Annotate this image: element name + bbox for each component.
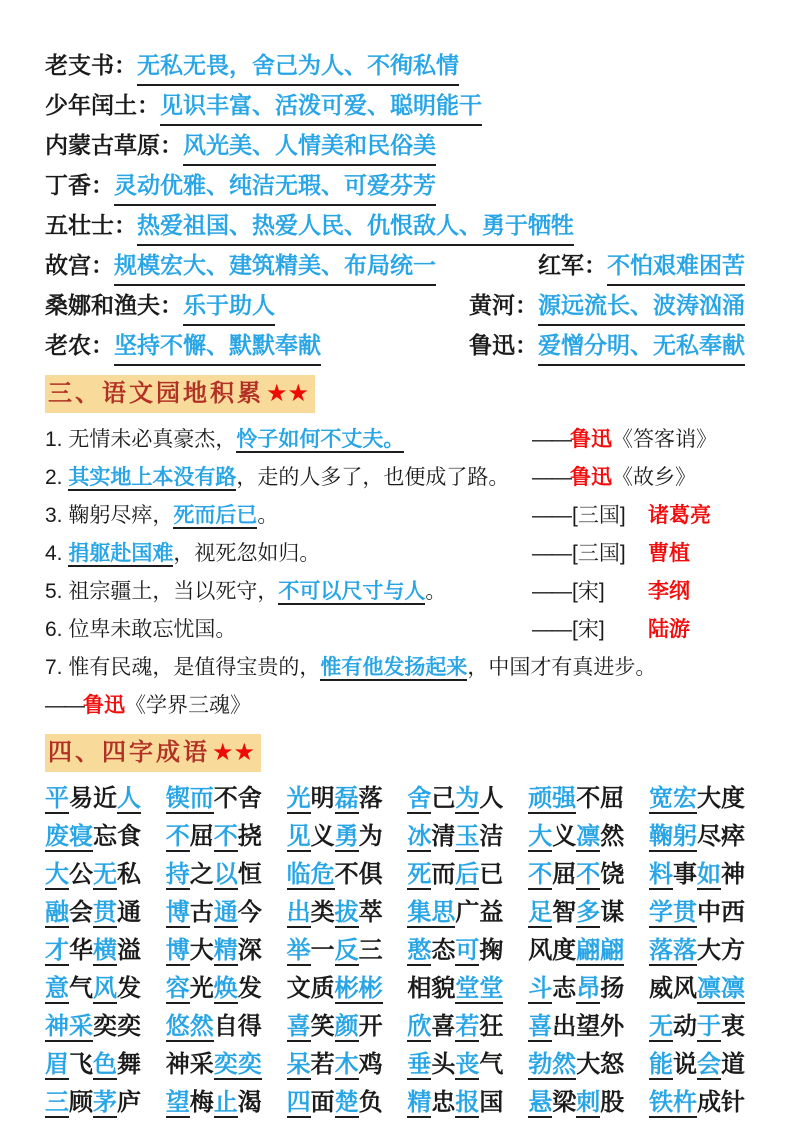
star-icons: ★★: [212, 739, 255, 766]
idiom-char: 国: [479, 1089, 503, 1116]
idiom-char: 自得: [214, 1013, 262, 1040]
idiom-char: 为: [359, 823, 383, 850]
idiom-key-char: 磊: [335, 785, 359, 814]
section4-heading: 四、四字成语★★: [45, 734, 261, 772]
idiom: 集思广益: [407, 894, 503, 932]
quote-attribution-footer: ——鲁迅《学界三魂》: [45, 687, 745, 725]
idiom-char: 然: [600, 823, 624, 850]
idiom-key-char: 锲而: [166, 785, 214, 814]
idiom-key-char: 大: [45, 861, 69, 890]
quote-number: 1.: [45, 428, 68, 451]
idiom-key-char: 通: [214, 899, 238, 928]
idiom: 大义凛然: [528, 818, 624, 856]
quote-highlight: 其实地上本没有路: [68, 466, 236, 491]
quote-number: 2.: [45, 466, 68, 489]
idiom-key-char: 凛: [576, 823, 600, 852]
quote-row: 1. 无情未必真豪杰，怜子如何不丈夫。——鲁迅《答客诮》: [45, 421, 745, 459]
idiom-key-char: 鞠躬: [649, 823, 697, 852]
idiom-key-char: 昂: [576, 975, 600, 1004]
idiom-key-char: 会: [697, 1051, 721, 1080]
idiom-key-char: 无: [93, 861, 117, 890]
idiom-char: 谋: [600, 899, 624, 926]
idiom-key-char: 顽强: [528, 785, 576, 814]
quote-row: 7. 惟有民魂，是值得宝贵的，惟有他发扬起来，中国才有真进步。: [45, 649, 745, 687]
idiom: 喜出望外: [528, 1008, 624, 1046]
idiom-key-char: 不: [214, 823, 238, 852]
trait-value: 乐于助人: [183, 286, 275, 326]
idiom-row: 废寝忘食不屈不挠见义勇为冰清玉洁大义凛然鞠躬尽瘁: [45, 818, 745, 856]
quote-text: 祖宗疆土，当以死守，: [68, 580, 278, 603]
trait-row: 老农：坚持不懈、默默奉献鲁迅：爱憎分明、无私奉献: [45, 326, 745, 366]
idiom-key-char: 拔: [335, 899, 359, 928]
trait-entry: 红军：不怕艰难困苦: [538, 246, 745, 286]
trait-value: 坚持不懈、默默奉献: [114, 326, 321, 366]
idiom-char: 易近: [69, 785, 117, 812]
author-name: 陆游: [648, 618, 690, 641]
idiom-char: 洁: [479, 823, 503, 850]
idiom-char: 已: [479, 861, 503, 888]
idiom-char: 一: [311, 937, 335, 964]
trait-entry: 少年闰土：见识丰富、活泼可爱、聪明能干: [45, 86, 482, 126]
idiom-char: 尽瘁: [697, 823, 745, 850]
author-name: 曹植: [648, 542, 690, 565]
idiom-row: 平易近人锲而不舍光明磊落舍己为人顽强不屈宽宏大度: [45, 780, 745, 818]
idiom: 平易近人: [45, 780, 141, 818]
idiom-key-char: 精: [407, 1089, 431, 1118]
idiom-key-char: 茅: [93, 1089, 117, 1118]
idiom-key-char: 色: [93, 1051, 117, 1080]
idiom-key-char: 报: [455, 1089, 479, 1118]
idiom-key-char: 楚: [335, 1089, 359, 1118]
trait-row: 少年闰土：见识丰富、活泼可爱、聪明能干: [45, 86, 745, 126]
quote-text: 鞠躬尽瘁，: [68, 504, 173, 527]
idiom: 见义勇为: [287, 818, 383, 856]
quote-text: ，视死忽如归。: [173, 542, 320, 565]
idiom-char: 成针: [697, 1089, 745, 1116]
idiom-char: 华: [69, 937, 93, 964]
quote-text: ，走的人多了，也便成了路。: [236, 466, 509, 489]
attribution-dash: ——: [532, 504, 570, 527]
idiom-char: 头: [431, 1051, 455, 1078]
quote-attribution: ——鲁迅《故乡》: [532, 459, 696, 497]
idiom-char: 庐: [117, 1089, 141, 1116]
idiom: 悬梁刺股: [528, 1084, 624, 1122]
idiom-char: 奕奕: [93, 1013, 141, 1040]
idiom-key-char: 为: [455, 785, 479, 814]
attribution-dash: ——: [532, 618, 570, 641]
idiom-key-char: 憨: [407, 937, 431, 966]
idiom-char: 饶: [600, 861, 624, 888]
idiom-key-char: 博: [166, 937, 190, 966]
idiom-char: 清: [431, 823, 455, 850]
idiom-key-char: 眉: [45, 1051, 69, 1080]
character-traits-section: 老支书：无私无畏，舍己为人、不徇私情少年闰土：见识丰富、活泼可爱、聪明能干内蒙古…: [45, 46, 745, 366]
quote-row: 4. 捐躯赴国难，视死忽如归。——[三国]曹植: [45, 535, 745, 573]
idiom-char: 渴: [238, 1089, 262, 1116]
trait-label: 内蒙古草原：: [45, 126, 183, 164]
section3-heading-text: 三、语文园地积累: [48, 380, 264, 407]
idiom-key-char: 不: [576, 861, 600, 890]
idiom-char: 恒: [238, 861, 262, 888]
idiom-key-char: 止: [214, 1089, 238, 1118]
idiom: 相貌堂堂: [407, 970, 503, 1008]
trait-label: 鲁迅：: [469, 326, 538, 364]
idiom-key-char: 博: [166, 899, 190, 928]
idiom-char: 屈: [552, 861, 576, 888]
idiom-char: 梅: [190, 1089, 214, 1116]
quote-text: 惟有民魂，是值得宝贵的，: [68, 656, 320, 679]
idiom-char: 鸡: [359, 1051, 383, 1078]
idiom: 眉飞色舞: [45, 1046, 141, 1084]
idiom: 学贯中西: [649, 894, 745, 932]
idiom-key-char: 喜: [287, 1013, 311, 1042]
idiom-key-char: 彬彬: [335, 975, 383, 1004]
idiom-key-char: 焕: [214, 975, 238, 1004]
idiom-char: 气: [69, 975, 93, 1002]
trait-row: 桑娜和渔夫：乐于助人黄河：源远流长、波涛汹涌: [45, 286, 745, 326]
idiom-key-char: 垂: [407, 1051, 431, 1080]
idiom-key-char: 刺: [576, 1089, 600, 1118]
quote-attribution: ——[宋]李纲: [532, 573, 690, 611]
idiom-key-char: 如: [697, 861, 721, 890]
trait-value: 灵动优雅、纯洁无瑕、可爱芬芳: [114, 166, 436, 206]
idiom-char: 而: [431, 861, 455, 888]
idiom-row: 三顾茅庐望梅止渴四面楚负精忠报国悬梁刺股铁杵成针: [45, 1084, 745, 1122]
idiom-key-char: 木: [335, 1051, 359, 1080]
quote-row: 5. 祖宗疆土，当以死守，不可以尺寸与人。——[宋]李纲: [45, 573, 745, 611]
idiom-key-char: 融: [45, 899, 69, 928]
idiom-key-char: 反: [335, 937, 359, 966]
idiom-key-char: 欣: [407, 1013, 431, 1042]
idiom-key-char: 神采: [45, 1013, 93, 1042]
idiom-char: 屈: [190, 823, 214, 850]
idiom-key-char: 横: [93, 937, 117, 966]
idiom: 鞠躬尽瘁: [649, 818, 745, 856]
idiom: 光明磊落: [287, 780, 383, 818]
idiom-char: 神采: [166, 1051, 214, 1078]
era-bracket: [宋]: [572, 611, 648, 649]
idiom: 持之以恒: [166, 856, 262, 894]
idiom-char: 中西: [697, 899, 745, 926]
idiom-char: 己: [431, 785, 455, 812]
idiom-key-char: 颜: [335, 1013, 359, 1042]
author-name: 诸葛亮: [648, 504, 711, 527]
idiom: 文质彬彬: [287, 970, 383, 1008]
idiom-key-char: 见: [287, 823, 311, 852]
idiom-key-char: 悠然: [166, 1013, 214, 1042]
idiom-key-char: 宽宏: [649, 785, 697, 814]
idiom: 宽宏大度: [649, 780, 745, 818]
idiom-char: 气: [479, 1051, 503, 1078]
idiom: 风度翩翩: [528, 932, 624, 970]
idiom: 融会贯通: [45, 894, 141, 932]
quote-attribution: ——[宋]陆游: [532, 611, 690, 649]
idiom-key-char: 废寝: [45, 823, 93, 852]
trait-value: 源远流长、波涛汹涌: [538, 286, 745, 326]
idiom-key-char: 人: [117, 785, 141, 814]
idiom-char: 发: [238, 975, 262, 1002]
idiom: 能说会道: [649, 1046, 745, 1084]
idiom-char: 落: [359, 785, 383, 812]
quote-attribution: ——鲁迅《答客诮》: [532, 421, 717, 459]
quote-attribution: ——[三国]曹植: [532, 535, 690, 573]
idiom-key-char: 出: [287, 899, 311, 928]
section3-heading: 三、语文园地积累★★: [45, 375, 315, 413]
trait-value: 风光美、人情美和民俗美: [183, 126, 436, 166]
idiom-char: 溢: [117, 937, 141, 964]
idiom: 舍己为人: [407, 780, 503, 818]
idiom-char: 态: [431, 937, 455, 964]
idiom-key-char: 悬: [528, 1089, 552, 1118]
quote-highlight: 怜子如何不丈夫。: [236, 428, 404, 453]
idiom-char: 梁: [552, 1089, 576, 1116]
idiom-key-char: 光: [287, 785, 311, 814]
trait-value: 不怕艰难困苦: [607, 246, 745, 286]
idiom: 顽强不屈: [528, 780, 624, 818]
idiom-char: 扬: [600, 975, 624, 1002]
quote-row: 6. 位卑未敢忘忧国。——[宋]陆游: [45, 611, 745, 649]
idiom: 欣喜若狂: [407, 1008, 503, 1046]
trait-entry: 丁香：灵动优雅、纯洁无瑕、可爱芬芳: [45, 166, 436, 206]
idiom: 垂头丧气: [407, 1046, 503, 1084]
idiom-key-char: 不: [166, 823, 190, 852]
idiom-key-char: 四: [287, 1089, 311, 1118]
idiom-key-char: 勇: [335, 823, 359, 852]
idiom-char: 出望外: [552, 1013, 624, 1040]
attribution-dash: ——: [532, 428, 570, 451]
idiom-key-char: 以: [214, 861, 238, 890]
trait-entry: 鲁迅：爱憎分明、无私奉献: [469, 326, 745, 366]
idiom: 容光焕发: [166, 970, 262, 1008]
trait-entry: 内蒙古草原：风光美、人情美和民俗美: [45, 126, 436, 166]
idiom-char: 之: [190, 861, 214, 888]
idiom-char: 喜: [431, 1013, 455, 1040]
idiom-key-char: 举: [287, 937, 311, 966]
idiom-key-char: 死: [407, 861, 431, 890]
idiom-char: 不俱: [335, 861, 383, 888]
idiom-key-char: 大: [528, 823, 552, 852]
idiom: 锲而不舍: [166, 780, 262, 818]
trait-entry: 黄河：源远流长、波涛汹涌: [469, 286, 745, 326]
quote-attribution: ——[三国]诸葛亮: [532, 497, 711, 535]
attribution-dash: ——: [532, 542, 570, 565]
idiom-char: 发: [117, 975, 141, 1002]
trait-entry: 老支书：无私无畏，舍己为人、不徇私情: [45, 46, 459, 86]
idiom-char: 威风: [649, 975, 697, 1002]
idiom-char: 衷: [721, 1013, 745, 1040]
idiom-char: 挠: [238, 823, 262, 850]
book-title: 《学界三魂》: [125, 694, 251, 717]
quote-number: 4.: [45, 542, 68, 565]
worksheet-page: 老支书：无私无畏，舍己为人、不徇私情少年闰土：见识丰富、活泼可爱、聪明能干内蒙古…: [0, 0, 793, 1122]
idiom: 无动于衷: [649, 1008, 745, 1046]
section4-heading-row: 四、四字成语★★: [45, 734, 745, 773]
quote-number: 6.: [45, 618, 68, 641]
quote-number: 7.: [45, 656, 68, 679]
idiom-char: 忠: [431, 1089, 455, 1116]
idiom-key-char: 学贯: [649, 899, 697, 928]
idiom-key-char: 多: [576, 899, 600, 928]
trait-label: 老支书：: [45, 46, 137, 84]
trait-label: 五壮士：: [45, 206, 137, 244]
idiom-char: 公: [69, 861, 93, 888]
trait-row: 内蒙古草原：风光美、人情美和民俗美: [45, 126, 745, 166]
trait-row: 老支书：无私无畏，舍己为人、不徇私情: [45, 46, 745, 86]
idiom-key-char: 贯: [93, 899, 117, 928]
idiom-char: 若: [311, 1051, 335, 1078]
idiom-key-char: 奕奕: [214, 1051, 262, 1080]
idiom-key-char: 无: [649, 1013, 673, 1042]
idiom-char: 负: [359, 1089, 383, 1116]
quote-highlight: 死而后已: [173, 504, 257, 529]
idiom-char: 狂: [479, 1013, 503, 1040]
idiom: 大公无私: [45, 856, 141, 894]
quote-text: 无情未必真豪杰，: [68, 428, 236, 451]
idiom-char: 义: [311, 823, 335, 850]
idiom: 死而后已: [407, 856, 503, 894]
idiom-char: 股: [600, 1089, 624, 1116]
idiom-key-char: 冰: [407, 823, 431, 852]
idiom: 冰清玉洁: [407, 818, 503, 856]
idiom-key-char: 丧: [455, 1051, 479, 1080]
quote-highlight: 捐躯赴国难: [68, 542, 173, 567]
idiom-key-char: 翩翩: [576, 937, 624, 966]
idiom-char: 道: [721, 1051, 745, 1078]
idiom-char: 开: [359, 1013, 383, 1040]
section3-heading-row: 三、语文园地积累★★: [45, 375, 745, 414]
idiom-key-char: 堂堂: [455, 975, 503, 1004]
idiom: 斗志昂扬: [528, 970, 624, 1008]
trait-value: 见识丰富、活泼可爱、聪明能干: [160, 86, 482, 126]
idiom-key-char: 凛凛: [697, 975, 745, 1004]
trait-label: 黄河：: [469, 286, 538, 324]
idiom: 不屈不饶: [528, 856, 624, 894]
idiom-key-char: 料: [649, 861, 673, 890]
trait-row: 五壮士：热爱祖国、热爱人民、仇恨敌人、勇于牺牲: [45, 206, 745, 246]
idiom: 望梅止渴: [166, 1084, 262, 1122]
idiom-key-char: 精: [214, 937, 238, 966]
idiom: 出类拔萃: [287, 894, 383, 932]
quote-row: 2. 其实地上本没有路，走的人多了，也便成了路。——鲁迅《故乡》: [45, 459, 745, 497]
idiom-key-char: 可: [455, 937, 479, 966]
trait-value: 热爱祖国、热爱人民、仇恨敌人、勇于牺牲: [137, 206, 574, 246]
idiom: 悠然自得: [166, 1008, 262, 1046]
star-icons: ★★: [266, 380, 309, 407]
idiom-char: 类: [311, 899, 335, 926]
idiom: 神采奕奕: [166, 1046, 262, 1084]
quotes-section: 1. 无情未必真豪杰，怜子如何不丈夫。——鲁迅《答客诮》2. 其实地上本没有路，…: [45, 421, 745, 687]
era-bracket: [三国]: [572, 497, 648, 535]
idiom-char: 义: [552, 823, 576, 850]
author-name: 鲁迅: [570, 428, 612, 451]
idiom: 临危不俱: [287, 856, 383, 894]
idiom-char: 萃: [359, 899, 383, 926]
idiom-key-char: 玉: [455, 823, 479, 852]
idiom-key-char: 平: [45, 785, 69, 814]
idiom-char: 动: [673, 1013, 697, 1040]
idiom-char: 顾: [69, 1089, 93, 1116]
idiom-char: 大度: [697, 785, 745, 812]
idiom-key-char: 落落: [649, 937, 697, 966]
trait-label: 丁香：: [45, 166, 114, 204]
idiom-key-char: 能: [649, 1051, 673, 1080]
attribution-dash: ——: [532, 466, 570, 489]
idiom-row: 意气风发容光焕发文质彬彬相貌堂堂斗志昂扬威风凛凛: [45, 970, 745, 1008]
idiom-char: 明: [311, 785, 335, 812]
attribution-dash: ——: [45, 694, 83, 717]
idiom-char: 私: [117, 861, 141, 888]
idiom-key-char: 三: [45, 1089, 69, 1118]
trait-label: 红军：: [538, 246, 607, 284]
idiom-char: 智: [552, 899, 576, 926]
idiom: 勃然大怒: [528, 1046, 624, 1084]
idiom-char: 笑: [311, 1013, 335, 1040]
idiom-key-char: 望: [166, 1089, 190, 1118]
idiom-char: 相貌: [407, 975, 455, 1002]
idiom-char: 志: [552, 975, 576, 1002]
idiom-char: 人: [479, 785, 503, 812]
author-name: 鲁迅: [83, 694, 125, 717]
idiom: 四面楚负: [287, 1084, 383, 1122]
idiom-key-char: 不: [528, 861, 552, 890]
trait-row: 丁香：灵动优雅、纯洁无瑕、可爱芬芳: [45, 166, 745, 206]
quote-number: 5.: [45, 580, 68, 603]
idiom-key-char: 才: [45, 937, 69, 966]
idiom-char: 三: [359, 937, 383, 964]
idiom-char: 大方: [697, 937, 745, 964]
trait-value: 无私无畏，舍己为人、不徇私情: [137, 46, 459, 86]
idiom-row: 才华横溢博大精深举一反三憨态可掬风度翩翩落落大方: [45, 932, 745, 970]
author-name: 鲁迅: [570, 466, 612, 489]
attribution-dash: ——: [532, 580, 570, 603]
trait-label: 老农：: [45, 326, 114, 364]
trait-entry: 老农：坚持不懈、默默奉献: [45, 326, 321, 366]
book-title: 《答客诮》: [612, 428, 717, 451]
quote-highlight: 不可以尺寸与人: [278, 580, 425, 605]
idiom: 才华横溢: [45, 932, 141, 970]
idiom: 废寝忘食: [45, 818, 141, 856]
era-bracket: [三国]: [572, 535, 648, 573]
idiom: 憨态可掬: [407, 932, 503, 970]
idiom-key-char: 容: [166, 975, 190, 1004]
idiom-key-char: 持: [166, 861, 190, 890]
quote-text: 。: [257, 504, 278, 527]
author-name: 李纲: [648, 580, 690, 603]
idiom: 举一反三: [287, 932, 383, 970]
idiom: 威风凛凛: [649, 970, 745, 1008]
trait-row: 故宫：规模宏大、建筑精美、布局统一红军：不怕艰难困苦: [45, 246, 745, 286]
idiom: 不屈不挠: [166, 818, 262, 856]
idiom: 三顾茅庐: [45, 1084, 141, 1122]
idiom: 落落大方: [649, 932, 745, 970]
idiom-key-char: 意: [45, 975, 69, 1004]
quote-text: ，中国才有真进步。: [467, 656, 656, 679]
idiom-char: 说: [673, 1051, 697, 1078]
trait-entry: 五壮士：热爱祖国、热爱人民、仇恨敌人、勇于牺牲: [45, 206, 574, 246]
trait-label: 故宫：: [45, 246, 114, 284]
idiom-row: 神采奕奕悠然自得喜笑颜开欣喜若狂喜出望外无动于衷: [45, 1008, 745, 1046]
idiom-grid: 平易近人锲而不舍光明磊落舍己为人顽强不屈宽宏大度废寝忘食不屈不挠见义勇为冰清玉洁…: [45, 780, 745, 1122]
quote-highlight: 惟有他发扬起来: [320, 656, 467, 681]
idiom-char: 不屈: [576, 785, 624, 812]
idiom-char: 事: [673, 861, 697, 888]
idiom-char: 风度: [528, 937, 576, 964]
idiom: 博古通今: [166, 894, 262, 932]
trait-label: 桑娜和渔夫：: [45, 286, 183, 324]
idiom-char: 今: [238, 899, 262, 926]
idiom-key-char: 若: [455, 1013, 479, 1042]
idiom-key-char: 呆: [287, 1051, 311, 1080]
